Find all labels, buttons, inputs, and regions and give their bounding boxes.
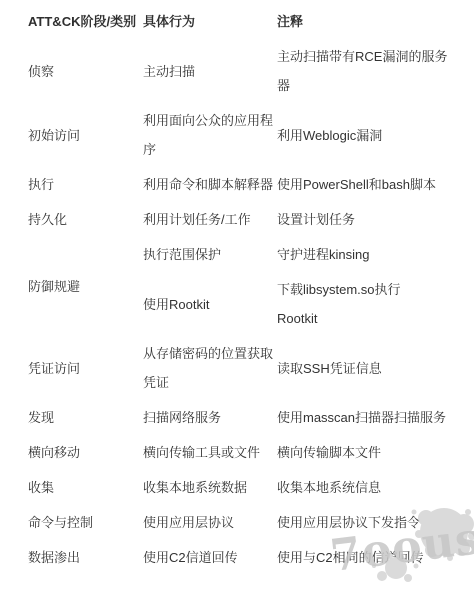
attack-table-page: ATT&CK阶段/类别 具体行为 注释 侦察 主动扫描 主动扫描带有RCE漏洞的… bbox=[0, 0, 474, 596]
stage-cell: 命令与控制 bbox=[28, 505, 143, 540]
table-row: 收集 收集本地系统数据 收集本地系统信息 bbox=[28, 470, 462, 505]
note-cell: 守护进程kinsing bbox=[277, 237, 462, 272]
table-row: 命令与控制 使用应用层协议 使用应用层协议下发指令 bbox=[28, 505, 462, 540]
note-cell: 使用应用层协议下发指令 bbox=[277, 505, 462, 540]
behavior-cell: 利用计划任务/工作 bbox=[143, 202, 277, 237]
stage-cell: 数据渗出 bbox=[28, 540, 143, 575]
table-row: 防御规避 执行范围保护 守护进程kinsing bbox=[28, 237, 462, 272]
table-row: 侦察 主动扫描 主动扫描带有RCE漏洞的服务 器 bbox=[28, 39, 462, 103]
behavior-cell: 扫描网络服务 bbox=[143, 400, 277, 435]
note-cell: 使用masscan扫描器扫描服务 bbox=[277, 400, 462, 435]
table-row: 凭证访问 从存储密码的位置获取 凭证 读取SSH凭证信息 bbox=[28, 336, 462, 400]
table-row: 执行 利用命令和脚本解释器 使用PowerShell和bash脚本 bbox=[28, 167, 462, 202]
stage-cell: 持久化 bbox=[28, 202, 143, 237]
note-cell: 下载libsystem.so执行 Rootkit bbox=[277, 272, 462, 336]
header-note: 注释 bbox=[277, 4, 462, 39]
behavior-cell: 使用C2信道回传 bbox=[143, 540, 277, 575]
behavior-cell: 主动扫描 bbox=[143, 39, 277, 103]
behavior-cell: 收集本地系统数据 bbox=[143, 470, 277, 505]
attack-stage-table: ATT&CK阶段/类别 具体行为 注释 侦察 主动扫描 主动扫描带有RCE漏洞的… bbox=[28, 4, 462, 575]
stage-cell: 收集 bbox=[28, 470, 143, 505]
behavior-cell: 横向传输工具或文件 bbox=[143, 435, 277, 470]
stage-cell: 侦察 bbox=[28, 39, 143, 103]
stage-cell: 初始访问 bbox=[28, 103, 143, 167]
stage-cell: 防御规避 bbox=[28, 237, 143, 336]
note-cell: 利用Weblogic漏洞 bbox=[277, 103, 462, 167]
note-cell: 主动扫描带有RCE漏洞的服务 器 bbox=[277, 39, 462, 103]
note-cell: 使用PowerShell和bash脚本 bbox=[277, 167, 462, 202]
header-behavior: 具体行为 bbox=[143, 4, 277, 39]
behavior-cell: 使用应用层协议 bbox=[143, 505, 277, 540]
table-row: 持久化 利用计划任务/工作 设置计划任务 bbox=[28, 202, 462, 237]
note-cell: 收集本地系统信息 bbox=[277, 470, 462, 505]
table-header-row: ATT&CK阶段/类别 具体行为 注释 bbox=[28, 4, 462, 39]
note-cell: 使用与C2相同的信道回传 bbox=[277, 540, 462, 575]
table-row: 发现 扫描网络服务 使用masscan扫描器扫描服务 bbox=[28, 400, 462, 435]
table-row: 数据渗出 使用C2信道回传 使用与C2相同的信道回传 bbox=[28, 540, 462, 575]
table-row: 初始访问 利用面向公众的应用程 序 利用Weblogic漏洞 bbox=[28, 103, 462, 167]
stage-cell: 发现 bbox=[28, 400, 143, 435]
behavior-cell: 使用Rootkit bbox=[143, 272, 277, 336]
stage-cell: 凭证访问 bbox=[28, 336, 143, 400]
behavior-cell: 利用命令和脚本解释器 bbox=[143, 167, 277, 202]
note-cell: 设置计划任务 bbox=[277, 202, 462, 237]
stage-cell: 执行 bbox=[28, 167, 143, 202]
stage-cell: 横向移动 bbox=[28, 435, 143, 470]
behavior-cell: 执行范围保护 bbox=[143, 237, 277, 272]
header-stage: ATT&CK阶段/类别 bbox=[28, 4, 143, 39]
behavior-cell: 利用面向公众的应用程 序 bbox=[143, 103, 277, 167]
behavior-cell: 从存储密码的位置获取 凭证 bbox=[143, 336, 277, 400]
note-cell: 横向传输脚本文件 bbox=[277, 435, 462, 470]
note-cell: 读取SSH凭证信息 bbox=[277, 336, 462, 400]
table-row: 横向移动 横向传输工具或文件 横向传输脚本文件 bbox=[28, 435, 462, 470]
